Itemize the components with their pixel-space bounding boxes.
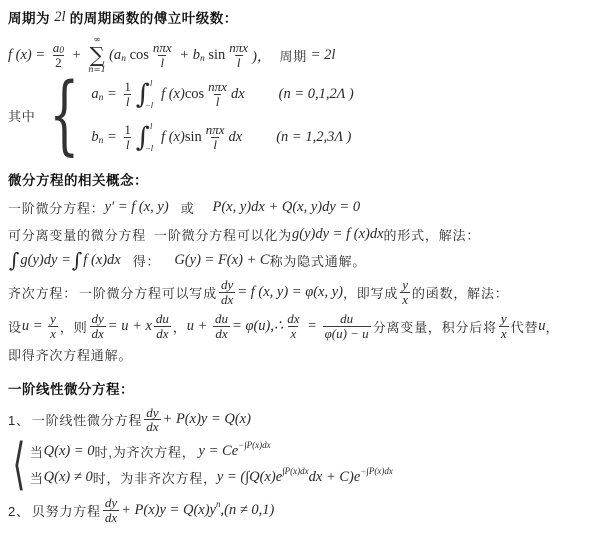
math-fragment: f (x) [161,86,185,103]
integral-lower-limit: −l [145,144,153,153]
fraction: duφ(u) − u [323,312,371,340]
linear-ode: 1、一阶线性微分方程dydx+ P(x)y = Q(x) [8,406,596,434]
denominator: l [214,94,222,109]
math-fragment: dx [92,327,104,341]
math-fragment: Q(x) ≠ 0 [44,469,93,486]
denominator: x [48,326,58,341]
math-fragment: = f (x, y) = φ(x, y) [237,284,343,301]
math-fragment: u [538,318,545,335]
text-fragment: 微分方程的相关概念： [8,169,148,189]
sigma-symbol: ∑ [90,45,105,66]
subscript: n [99,93,104,103]
math-fragment: l [216,95,220,109]
math-fragment: dy [221,278,233,292]
numerator: 1 [122,80,133,94]
text-fragment: ，即写成 [343,283,398,302]
denominator: x [288,326,298,341]
denominator: l [124,137,132,152]
math-fragment: + [68,47,85,64]
math-fragment: g(y)dy = f (x)dx [292,226,384,243]
numerator: du [213,312,230,326]
numerator: du [338,312,355,326]
text-fragment: 贝努力方程 [32,501,101,520]
numerator: dx [285,312,301,326]
math-fragment: x [50,327,56,341]
text-fragment: 一阶线性微分方程 [32,410,142,429]
math-fragment: l [126,138,130,152]
subscript: n [121,54,126,64]
spacer [121,260,133,261]
denominator: dx [219,292,235,307]
text-fragment: 当 [30,442,44,461]
integral-sign: ∫ [9,250,19,270]
spacer [195,207,213,208]
spacer [271,55,279,56]
linear-ode-cases: ⟨当Q(x) = 0时,为齐次方程，y = Ce−∫P(x)dx当Q(x) ≠ … [8,439,596,491]
math-fragment: = [304,318,321,335]
text-fragment: 的函数，解法： [412,283,509,302]
math-fragment: f (x)dx [83,252,120,269]
math-fragment: dx [221,293,233,307]
integral-lower-limit: −l [145,101,153,110]
numerator: dy [144,406,160,420]
integral-upper-limit: l [150,122,158,131]
text-fragment: 的周期函数的傅立叶级数： [66,7,238,27]
math-fragment: b [91,129,98,146]
fraction: yx [400,278,410,306]
math-fragment: = φ(u),∴ [232,318,283,335]
denominator: dx [103,510,119,525]
document: 周期为 2l 的周期函数的傅立叶级数：f (x) = a02 + ∞∑n=1(a… [0,0,600,525]
ode-concepts-heading: 微分方程的相关概念： [8,169,596,189]
math-roman-fragment: 1 [124,123,131,137]
numerator: dy [219,278,235,292]
superscript: n [216,499,221,509]
math-fragment: dx [146,420,158,434]
spacer [242,137,276,138]
superscript: −∫P(x)dx [360,466,393,476]
text-fragment: 的形式，解法： [384,225,481,244]
numerator: nπx [227,41,250,55]
text-fragment: 周期 [279,46,307,65]
first-order-ode: 一阶微分方程：y′ = f (x, y)或P(x, y)dx + Q(x, y)… [8,198,596,217]
math-fragment: + P(x)y = Q(x)y [121,502,216,519]
fourier-series-formula: f (x) = a02 + ∞∑n=1(an cosnπxl + bn sinn… [8,36,596,74]
text-fragment: ， [546,317,560,336]
math-fragment: dx [156,327,168,341]
math-fragment: ,(n ≠ 0,1) [220,502,274,519]
integral-limits: l−l [150,122,158,153]
denominator: dx [213,326,229,341]
fraction: dudx [213,312,230,340]
numerator: nπx [204,123,227,137]
integral-sign: ∫ [72,250,82,270]
fraction: yx [499,312,509,340]
integral-operator: ∫l−l [136,122,160,153]
math-fragment: + b [176,47,200,64]
angle-bracket: ⟨ [12,439,25,491]
math-fragment: y [50,312,56,326]
text-fragment: 2、 [8,501,30,520]
text-fragment: 时，为非齐次方程， [93,468,217,487]
text-fragment: 一阶微分方程可以化为 [154,225,292,244]
text-fragment: ，则 [60,317,88,336]
fraction: nπxl [151,41,174,69]
integral-operator: ∫l−l [136,79,160,110]
math-roman-fragment: cos [185,86,204,103]
denominator: dx [144,419,160,434]
math-fragment: dy [92,312,104,326]
text-fragment: 1、 [8,410,30,429]
math-fragment: dy [105,496,117,510]
denominator: l [124,94,132,109]
math-fragment: y = (∫Q(x)e [217,469,282,486]
numerator: du [154,312,171,326]
fourier-coefficients-row-1: an = 1l∫l−lf (x)cosnπxldx(n = 0,1,2Λ ) [91,79,353,110]
fourier-heading: 周期为 2l 的周期函数的傅立叶级数： [8,7,596,27]
math-fragment: )， [252,45,271,66]
math-fragment: a [91,86,98,103]
numerator: a0 [51,41,66,55]
math-fragment: φ(u) − u [325,327,369,341]
math-roman-fragment: sin [185,129,202,146]
math-fragment: x [290,327,296,341]
math-fragment: Q(x) = 0 [44,443,95,460]
math-fragment: y [501,312,507,326]
spacer [245,94,279,95]
math-fragment: = u + x [108,318,152,335]
math-fragment: (n = 1,2,3Λ ) [276,129,351,146]
denominator: x [499,326,509,341]
math-fragment: u = [22,318,46,335]
fraction: nπxl [204,123,227,151]
math-fragment: nπx [208,80,227,94]
summation-operator: ∞∑n=1 [88,36,106,74]
text-fragment: 当 [30,468,44,487]
integral-limits: l−l [150,79,158,110]
text-fragment: 齐次方程： [8,283,77,302]
spacer [146,234,154,235]
denominator: x [400,292,410,307]
homogeneous-def: 齐次方程：一阶微分方程可以写成dydx= f (x, y) = φ(x, y)，… [8,278,596,306]
math-fragment: y [402,278,408,292]
fraction: dydx [219,278,235,306]
group-rows: 当Q(x) = 0时,为齐次方程，y = Ce−∫P(x)dx当Q(x) ≠ 0… [30,442,393,487]
linear-ode-heading: 一阶线性微分方程： [8,378,596,398]
linear-ode-cases-row-1: 当Q(x) = 0时,为齐次方程，y = Ce−∫P(x)dx [30,442,393,461]
fourier-coefficients: 其中{an = 1l∫l−lf (x)cosnπxldx(n = 0,1,2Λ … [8,76,596,155]
math-fragment: u + [187,318,211,335]
numerator: dy [90,312,106,326]
curly-brace: { [49,76,79,155]
spacer [169,207,181,208]
math-fragment: du [156,312,169,326]
math-fragment: f (x) = [8,47,49,64]
text-fragment: 设 [8,317,22,336]
fraction: dxx [285,312,301,340]
math-fragment: dx [231,86,245,103]
numerator: y [400,278,410,292]
integral-upper-limit: l [150,79,158,88]
math-fragment: dx [229,129,243,146]
math-fragment: (a [109,47,121,64]
math-fragment: dx [105,511,117,525]
math-fragment: nπx [206,123,225,137]
superscript: −∫P(x)dx [238,440,271,450]
math-fragment: G(y) = F(x) + C [174,252,269,269]
math-fragment: l [126,95,130,109]
homogeneous-conclusion: 即得齐次方程通解。 [8,345,596,364]
spacer [160,260,174,261]
fraction: nπxl [227,41,250,69]
math-fragment: + P(x)y = Q(x) [163,411,251,428]
numerator: y [48,312,58,326]
math-fragment: dx [215,327,227,341]
denominator: l [158,55,166,70]
math-fragment: = 2l [307,47,335,64]
math-fragment: y = Ce [199,443,239,460]
fraction: dydx [103,496,119,524]
numerator: dy [103,496,119,510]
text-fragment: 代替 [511,317,539,336]
fraction: 1l [122,80,133,108]
math-roman-fragment: cos [126,47,149,64]
math-roman-fragment: sin [205,47,226,64]
numerator: nπx [206,80,229,94]
math-fragment: g(y)dy = [20,252,70,269]
math-fragment: y′ = f (x, y) [105,199,169,216]
math-fragment: x [402,293,408,307]
sum-lower-limit: n=1 [88,66,106,75]
math-fragment: l [160,56,164,70]
fraction: dydx [90,312,106,340]
text-fragment: ， [173,317,187,336]
text-fragment: 时,为齐次方程， [95,442,196,461]
denominator: dx [90,326,106,341]
group-rows: an = 1l∫l−lf (x)cosnπxldx(n = 0,1,2Λ )bn… [91,79,353,153]
subscript: 0 [59,47,64,57]
text-fragment: 一阶线性微分方程： [8,378,134,398]
numerator: 1 [122,123,133,137]
subscript: n [99,136,104,146]
denominator: φ(u) − u [323,326,371,341]
math-fragment: du [340,312,353,326]
text-fragment: 周期为 [8,7,54,27]
group-prefix: 其中 [8,106,36,125]
math-fragment: f (x) [161,129,185,146]
math-fragment: = [103,129,120,146]
numerator: nπx [151,41,174,55]
math-fragment: dx [287,312,299,326]
text-fragment: 即得齐次方程通解。 [8,345,132,364]
fraction: nπxl [206,80,229,108]
bernoulli-equation: 2、贝努力方程dydx+ P(x)y = Q(x)yn,(n ≠ 0,1) [8,496,596,524]
text-fragment: 可分离变量的微分方程 [8,225,146,244]
linear-ode-cases-row-2: 当Q(x) ≠ 0时，为非齐次方程，y = (∫Q(x)e∫P(x)dxdx +… [30,468,393,487]
separable-intro: 可分离变量的微分方程一阶微分方程可以化为g(y)dy = f (x)dx的形式，… [8,225,596,244]
text-fragment: 分离变量，积分后将 [373,317,497,336]
math-fragment: 2l [54,9,65,26]
denominator: l [235,55,243,70]
math-fragment: dy [146,406,158,420]
fourier-coefficients-row-2: bn = 1l∫l−lf (x)sinnπxldx(n = 1,2,3Λ ) [91,122,353,153]
denominator: l [211,137,219,152]
math-fragment: nπx [229,41,248,55]
math-fragment: du [215,312,228,326]
fraction: yx [48,312,58,340]
text-fragment: 称为隐式通解。 [270,251,367,270]
fraction: dydx [144,406,160,434]
text-fragment: 一阶微分方程可以写成 [79,283,217,302]
fraction: dudx [154,312,171,340]
math-fragment: P(x, y)dx + Q(x, y)dy = 0 [213,199,361,216]
math-fragment: = [103,86,120,103]
math-fragment: dx + C)e [309,469,361,486]
fraction: 1l [122,123,133,151]
separable-solution: ∫g(y)dy =∫f (x)dx得：G(y) = F(x) + C称为隐式通解… [8,250,596,270]
numerator: y [499,312,509,326]
text-fragment: 得： [133,251,161,270]
text-fragment: 一阶微分方程： [8,198,105,217]
subscript: n [200,54,205,64]
math-fragment: l [213,138,217,152]
superscript: ∫P(x)dx [282,466,308,476]
text-fragment: 或 [181,198,195,217]
math-roman-fragment: 1 [124,80,131,94]
math-fragment: l [237,56,241,70]
math-fragment: (n = 0,1,2Λ ) [279,86,354,103]
denominator: dx [154,326,170,341]
substitution-line: 设u = yx，则dydx= u + xdudx，u + dudx= φ(u),… [8,312,596,340]
math-fragment: x [501,327,507,341]
math-fragment: nπx [153,41,172,55]
